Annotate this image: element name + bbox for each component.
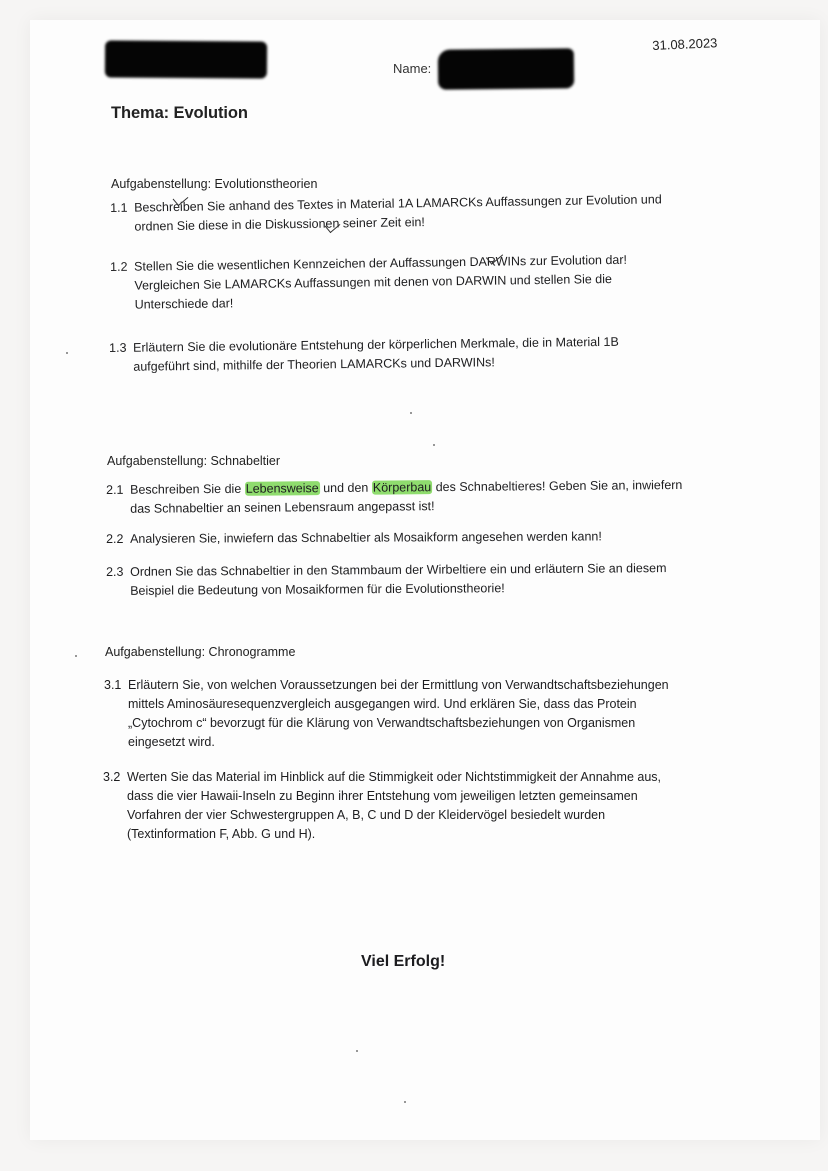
redacted-name-field bbox=[438, 48, 574, 89]
scan-speck bbox=[356, 1050, 358, 1052]
task-text: Ordnen Sie das Schnabeltier in den Stamm… bbox=[106, 559, 667, 601]
closing-message: Viel Erfolg! bbox=[361, 953, 445, 971]
task-3-2: 3.2 Werten Sie das Material im Hinblick … bbox=[103, 768, 661, 844]
scan-speck bbox=[410, 412, 412, 414]
task-text: Stellen Sie die wesentlichen Kennzeichen… bbox=[110, 251, 628, 315]
date: 31.08.2023 bbox=[652, 35, 718, 53]
task-text: Werten Sie das Material im Hinblick auf … bbox=[103, 768, 661, 844]
scan-speck bbox=[66, 352, 68, 354]
scan-speck bbox=[75, 655, 77, 657]
task-2-1: 2.1 Beschreiben Sie die Lebensweise und … bbox=[106, 476, 683, 519]
task-number: 2.2 bbox=[106, 530, 123, 549]
topic-title: Thema: Evolution bbox=[111, 104, 248, 123]
scan-speck bbox=[404, 1101, 406, 1103]
task-2-2: 2.2 Analysieren Sie, inwiefern das Schna… bbox=[106, 527, 602, 549]
task-number: 3.2 bbox=[103, 768, 120, 787]
task-text: Erläutern Sie die evolutionäre Entstehun… bbox=[109, 333, 619, 377]
section-title-chronogramme: Aufgabenstellung: Chronogramme bbox=[105, 645, 295, 659]
task-number: 1.1 bbox=[110, 199, 128, 218]
highlight-koerperbau: Körperbau bbox=[372, 480, 432, 495]
redacted-school-field bbox=[105, 40, 267, 78]
task-number: 3.1 bbox=[104, 676, 121, 695]
task-1-2: 1.2 Stellen Sie die wesentlichen Kennzei… bbox=[110, 251, 628, 315]
task-1-3: 1.3 Erläutern Sie die evolutionäre Entst… bbox=[109, 333, 619, 377]
task-text: Erläutern Sie, von welchen Voraussetzung… bbox=[104, 676, 669, 752]
section-title-evolutionstheorien: Aufgabenstellung: Evolutionstheorien bbox=[111, 177, 317, 191]
highlight-lebensweise: Lebensweise bbox=[245, 481, 320, 496]
scan-speck bbox=[433, 444, 435, 446]
task-number: 2.3 bbox=[106, 563, 124, 582]
section-title-schnabeltier: Aufgabenstellung: Schnabeltier bbox=[107, 454, 280, 468]
task-3-1: 3.1 Erläutern Sie, von welchen Vorausset… bbox=[104, 676, 669, 752]
task-number: 2.1 bbox=[106, 481, 124, 500]
task-2-3: 2.3 Ordnen Sie das Schnabeltier in den S… bbox=[106, 559, 667, 601]
task-text: Analysieren Sie, inwiefern das Schnabelt… bbox=[106, 527, 602, 549]
task-number: 1.2 bbox=[110, 258, 128, 277]
task-number: 1.3 bbox=[109, 339, 127, 358]
name-label: Name: bbox=[393, 61, 431, 76]
task-text: Beschreiben Sie die Lebensweise und den … bbox=[106, 476, 683, 519]
